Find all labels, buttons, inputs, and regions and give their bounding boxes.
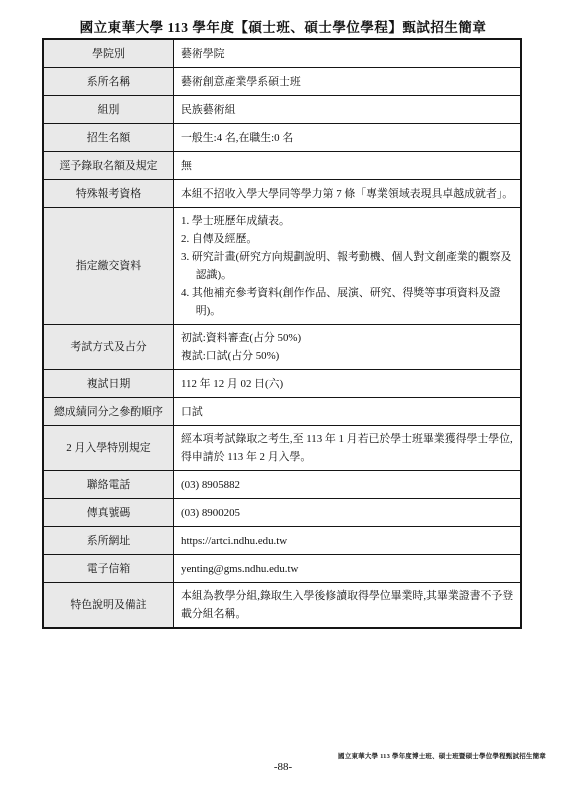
- table-row: 組別民族藝術組: [44, 95, 520, 123]
- table-row: 逕予錄取名額及規定無: [44, 151, 520, 179]
- row-label: 聯絡電話: [44, 471, 174, 498]
- row-label: 考試方式及占分: [44, 325, 174, 369]
- row-value: 初試:資料審查(占分 50%)複試:口試(占分 50%): [174, 325, 520, 369]
- row-value: (03) 8905882: [174, 471, 520, 498]
- row-value-text: https://artci.ndhu.edu.tw: [181, 532, 516, 550]
- row-value-text: 口試: [181, 403, 516, 421]
- row-label: 複試日期: [44, 370, 174, 397]
- row-value-line: 複試:口試(占分 50%): [181, 347, 516, 365]
- table-row: 招生名額一般生:4 名,在職生:0 名: [44, 123, 520, 151]
- footer-note: 國立東華大學 113 學年度博士班、碩士班暨碩士學位學程甄試招生簡章: [338, 751, 546, 760]
- table-row: 系所網址https://artci.ndhu.edu.tw: [44, 526, 520, 554]
- table-row: 學院別藝術學院: [44, 40, 520, 67]
- table-row: 總成績同分之參酌順序口試: [44, 397, 520, 425]
- row-value-line: 初試:資料審查(占分 50%): [181, 329, 516, 347]
- row-value-text: 藝術創意產業學系碩士班: [181, 73, 516, 91]
- row-value: https://artci.ndhu.edu.tw: [174, 527, 520, 554]
- row-label: 系所網址: [44, 527, 174, 554]
- row-label: 指定繳交資料: [44, 208, 174, 324]
- row-label: 電子信箱: [44, 555, 174, 582]
- page-title: 國立東華大學 113 學年度【碩士班、碩士學位學程】甄試招生簡章: [0, 16, 566, 36]
- table-row: 電子信箱yenting@gms.ndhu.edu.tw: [44, 554, 520, 582]
- row-value-list-item: 2. 自傳及經歷。: [181, 230, 516, 248]
- table-row: 2 月入學特別規定經本項考試錄取之考生,至 113 年 1 月若已於學士班畢業獲…: [44, 425, 520, 470]
- row-label: 傳真號碼: [44, 499, 174, 526]
- row-value-text: 本組不招收入學大學同等學力第 7 條「專業領域表現具卓越成就者」。: [181, 185, 516, 203]
- row-value-text: 無: [181, 157, 516, 175]
- row-label: 總成績同分之參酌順序: [44, 398, 174, 425]
- row-value: 藝術學院: [174, 40, 520, 67]
- row-value: 經本項考試錄取之考生,至 113 年 1 月若已於學士班畢業獲得學士學位,得申請…: [174, 426, 520, 470]
- row-value: 藝術創意產業學系碩士班: [174, 68, 520, 95]
- table-row: 考試方式及占分初試:資料審查(占分 50%)複試:口試(占分 50%): [44, 324, 520, 369]
- row-value-text: 112 年 12 月 02 日(六): [181, 375, 516, 393]
- row-value-text: 一般生:4 名,在職生:0 名: [181, 129, 516, 147]
- row-value-list-item: 4. 其他補充參考資料(創作作品、展演、研究、得獎等事項資料及證明)。: [181, 284, 516, 320]
- row-label: 特色說明及備註: [44, 583, 174, 627]
- table-row: 聯絡電話(03) 8905882: [44, 470, 520, 498]
- table-row: 複試日期112 年 12 月 02 日(六): [44, 369, 520, 397]
- row-value-text: yenting@gms.ndhu.edu.tw: [181, 560, 516, 578]
- admission-info-table: 學院別藝術學院系所名稱藝術創意產業學系碩士班組別民族藝術組招生名額一般生:4 名…: [42, 38, 522, 629]
- row-label: 2 月入學特別規定: [44, 426, 174, 470]
- row-value: (03) 8900205: [174, 499, 520, 526]
- row-value: 本組為教學分組,錄取生入學後修讀取得學位畢業時,其畢業證書不予登載分組名稱。: [174, 583, 520, 627]
- row-label: 系所名稱: [44, 68, 174, 95]
- document-page: 國立東華大學 113 學年度【碩士班、碩士學位學程】甄試招生簡章 學院別藝術學院…: [0, 0, 566, 800]
- page-number: -88-: [0, 761, 566, 773]
- table-row: 傳真號碼(03) 8900205: [44, 498, 520, 526]
- row-value: 1. 學士班歷年成績表。2. 自傳及經歷。3. 研究計畫(研究方向規劃說明、報考…: [174, 208, 520, 324]
- row-value: yenting@gms.ndhu.edu.tw: [174, 555, 520, 582]
- row-label: 招生名額: [44, 124, 174, 151]
- row-label: 組別: [44, 96, 174, 123]
- row-value-text: 經本項考試錄取之考生,至 113 年 1 月若已於學士班畢業獲得學士學位,得申請…: [181, 430, 516, 466]
- row-value: 本組不招收入學大學同等學力第 7 條「專業領域表現具卓越成就者」。: [174, 180, 520, 207]
- row-label: 逕予錄取名額及規定: [44, 152, 174, 179]
- row-value-text: 藝術學院: [181, 45, 516, 63]
- table-row: 指定繳交資料1. 學士班歷年成績表。2. 自傳及經歷。3. 研究計畫(研究方向規…: [44, 207, 520, 324]
- row-value: 一般生:4 名,在職生:0 名: [174, 124, 520, 151]
- row-value: 112 年 12 月 02 日(六): [174, 370, 520, 397]
- row-value-text: 本組為教學分組,錄取生入學後修讀取得學位畢業時,其畢業證書不予登載分組名稱。: [181, 587, 516, 623]
- row-value: 口試: [174, 398, 520, 425]
- row-value-list-item: 3. 研究計畫(研究方向規劃說明、報考動機、個人對文創產業的觀察及認識)。: [181, 248, 516, 284]
- row-value: 無: [174, 152, 520, 179]
- table-row: 特色說明及備註本組為教學分組,錄取生入學後修讀取得學位畢業時,其畢業證書不予登載…: [44, 582, 520, 627]
- row-value: 民族藝術組: [174, 96, 520, 123]
- row-label: 學院別: [44, 40, 174, 67]
- row-value-text: 民族藝術組: [181, 101, 516, 119]
- table-row: 特殊報考資格本組不招收入學大學同等學力第 7 條「專業領域表現具卓越成就者」。: [44, 179, 520, 207]
- row-value-list-item: 1. 學士班歷年成績表。: [181, 212, 516, 230]
- table-row: 系所名稱藝術創意產業學系碩士班: [44, 67, 520, 95]
- row-value-text: (03) 8905882: [181, 476, 516, 494]
- row-value-text: (03) 8900205: [181, 504, 516, 522]
- row-label: 特殊報考資格: [44, 180, 174, 207]
